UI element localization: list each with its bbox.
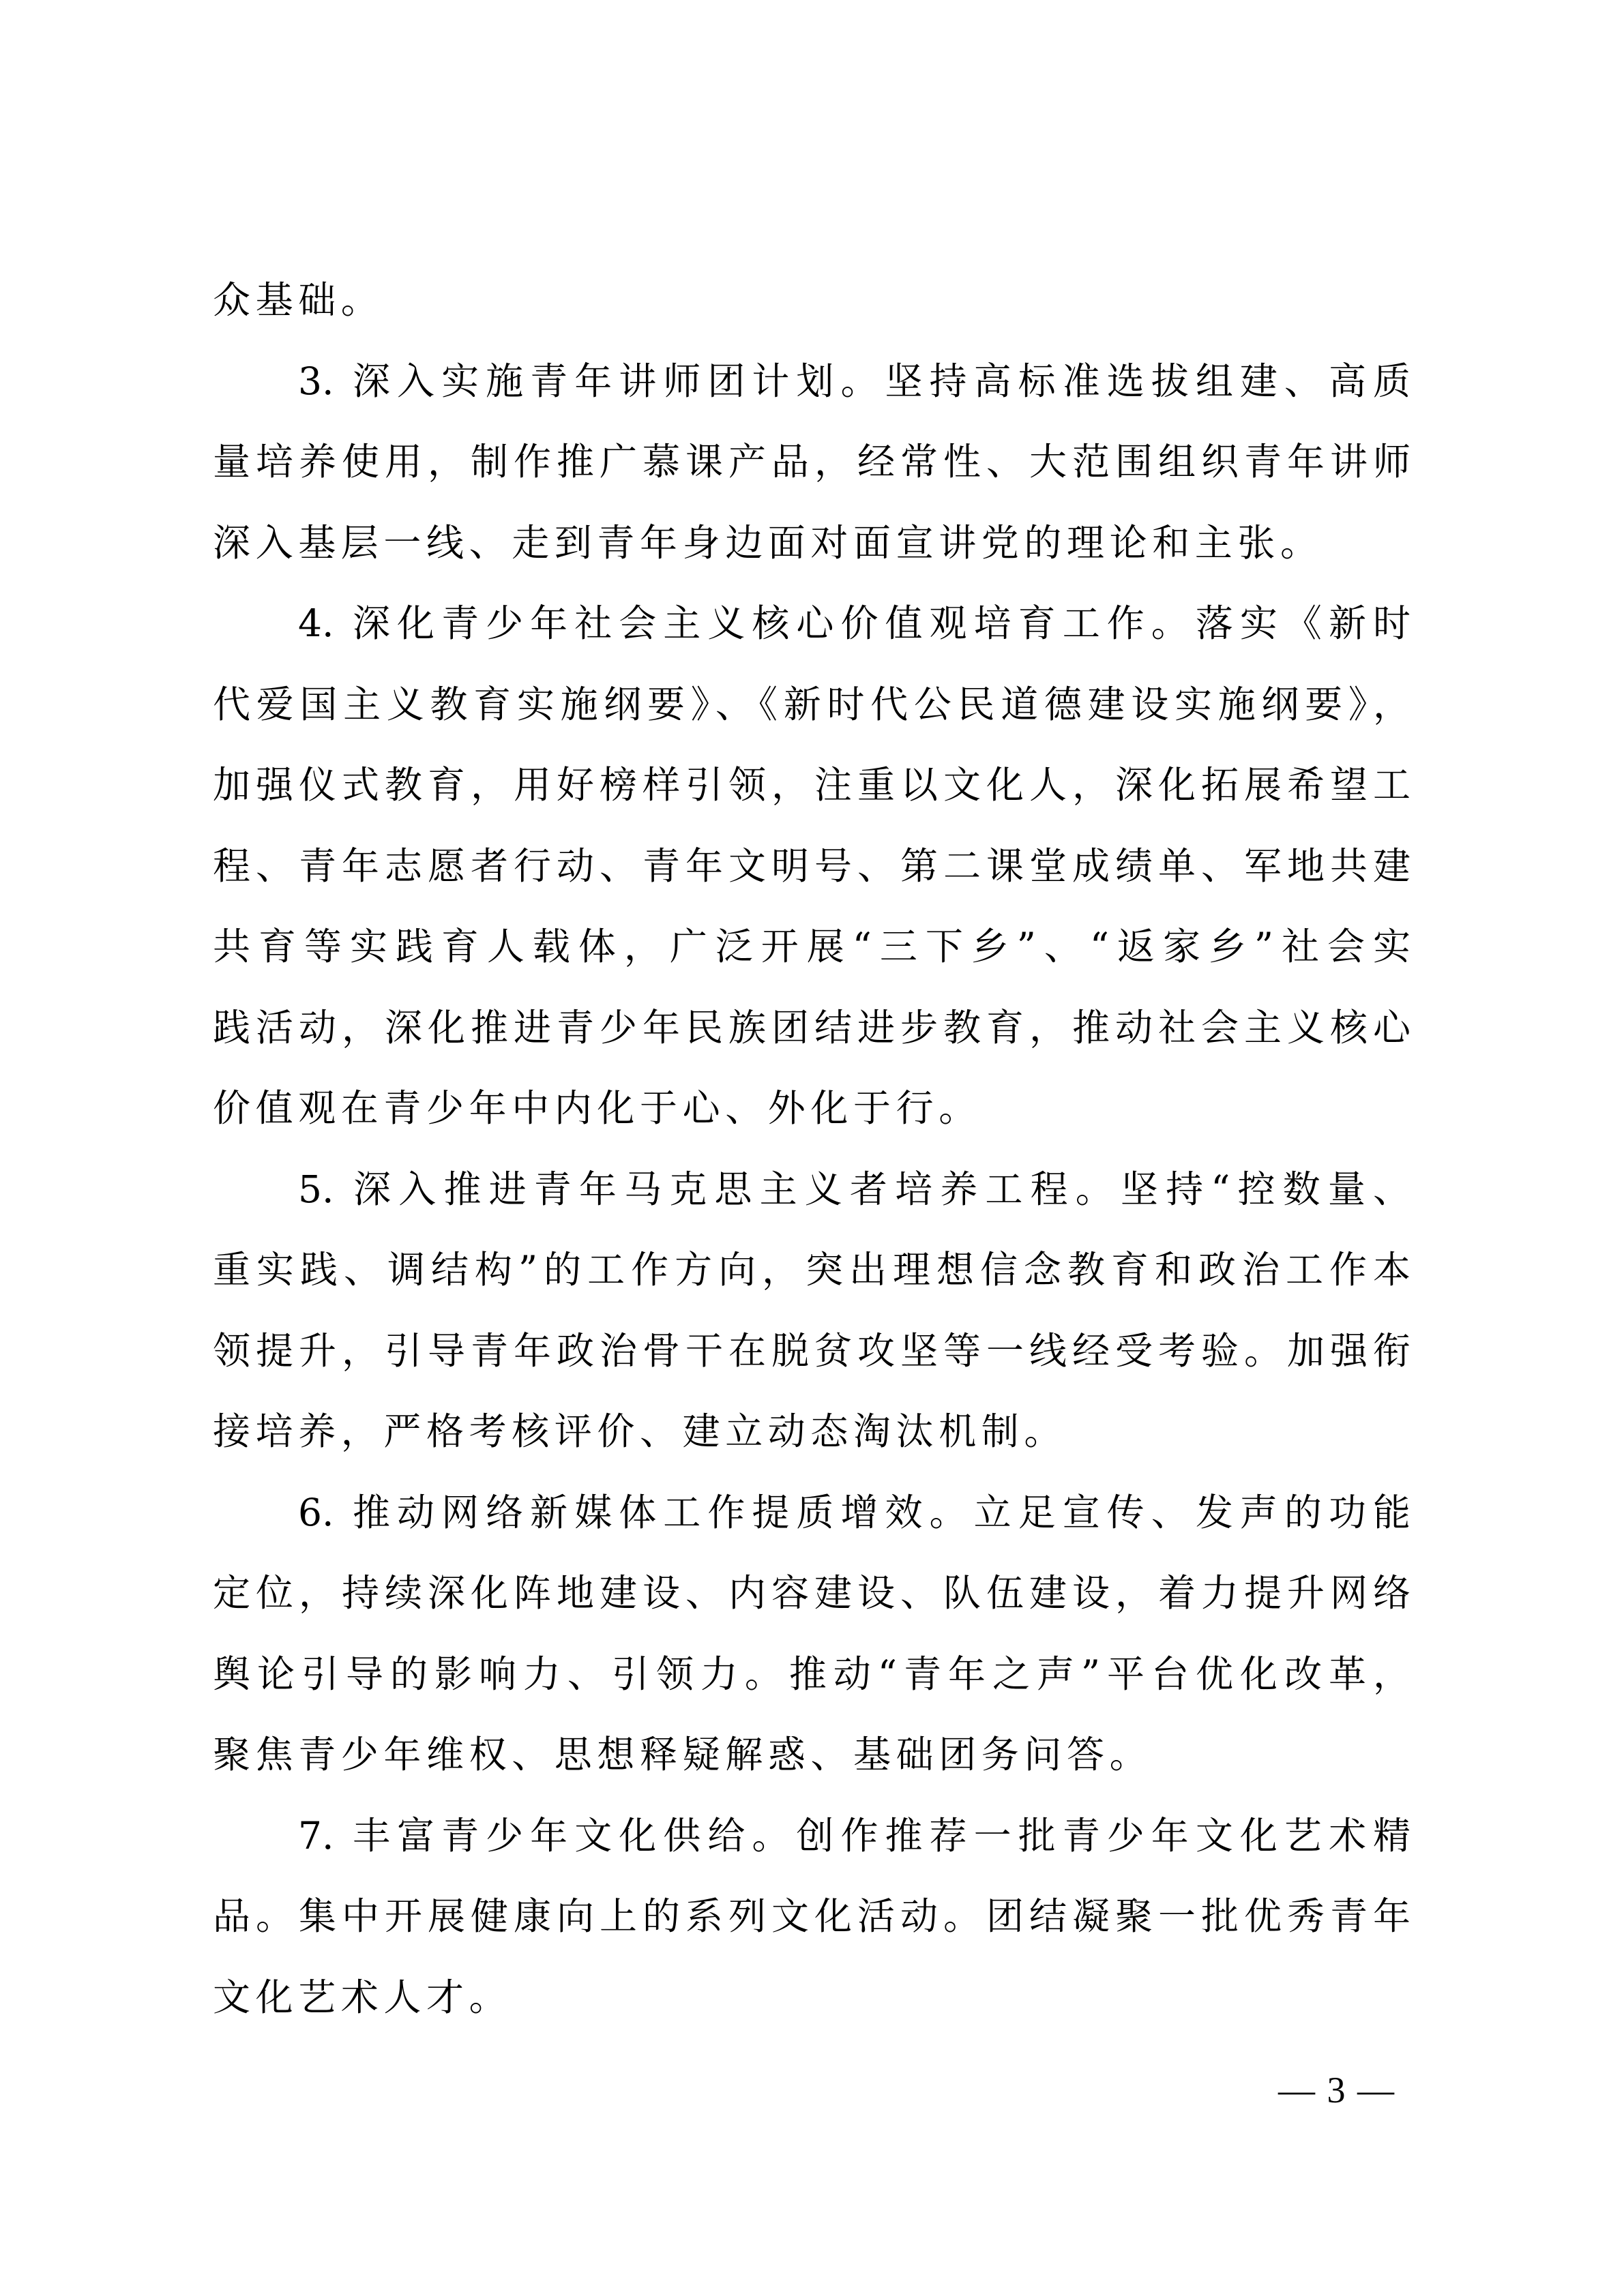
text-line: 重实践、调结构”的工作方向，突出理想信念教育和政治工作本 — [213, 1237, 1411, 1318]
text-line: 舆论引导的影响力、引领力。推动“青年之声”平台优化改革， — [213, 1641, 1411, 1723]
paragraph-4-heading-line: 4. 深化青少年社会主义核心价值观培育工作。落实《新时 — [213, 591, 1411, 672]
paragraph-5-heading-line: 5. 深入推进青年马克思主义者培养工程。坚持“控数量、 — [213, 1157, 1411, 1238]
text-line: 接培养，严格考核评价、建立动态淘汰机制。 — [213, 1399, 1411, 1480]
text-line: 领提升，引导青年政治骨干在脱贫攻坚等一线经受考验。加强衔 — [213, 1318, 1411, 1399]
text-line: 践活动，深化推进青少年民族团结进步教育，推动社会主义核心 — [213, 995, 1411, 1076]
text-line: 价值观在青少年中内化于心、外化于行。 — [213, 1075, 1411, 1157]
text-line: 文化艺术人才。 — [213, 1965, 1411, 2046]
text-line: 加强仪式教育，用好榜样引领，注重以文化人，深化拓展希望工 — [213, 752, 1411, 833]
paragraph-6-heading-line: 6. 推动网络新媒体工作提质增效。立足宣传、发声的功能 — [213, 1480, 1411, 1561]
text-line: 共育等实践育人载体，广泛开展“三下乡”、“返家乡”社会实 — [213, 914, 1411, 995]
text-line: 众基础。 — [213, 267, 1411, 348]
text-line: 定位，持续深化阵地建设、内容建设、队伍建设，着力提升网络 — [213, 1560, 1411, 1641]
text-line: 品。集中开展健康向上的系列文化活动。团结凝聚一批优秀青年 — [213, 1883, 1411, 1965]
paragraph-3-heading-line: 3. 深入实施青年讲师团计划。坚持高标准选拔组建、高质 — [213, 348, 1411, 430]
text-line: 聚焦青少年维权、思想释疑解惑、基础团务问答。 — [213, 1722, 1411, 1803]
document-page: 众基础。 3. 深入实施青年讲师团计划。坚持高标准选拔组建、高质 量培养使用，制… — [0, 0, 1624, 2296]
text-line: 程、青年志愿者行动、青年文明号、第二课堂成绩单、军地共建 — [213, 833, 1411, 914]
text-line: 深入基层一线、走到青年身边面对面宣讲党的理论和主张。 — [213, 510, 1411, 591]
body-text: 众基础。 3. 深入实施青年讲师团计划。坚持高标准选拔组建、高质 量培养使用，制… — [213, 267, 1411, 2045]
page-number: — 3 — — [1262, 2070, 1412, 2111]
text-line: 量培养使用，制作推广慕课产品，经常性、大范围组织青年讲师 — [213, 429, 1411, 510]
text-line: 代爱国主义教育实施纲要》、《新时代公民道德建设实施纲要》， — [213, 672, 1411, 753]
paragraph-7-heading-line: 7. 丰富青少年文化供给。创作推荐一批青少年文化艺术精 — [213, 1803, 1411, 1884]
